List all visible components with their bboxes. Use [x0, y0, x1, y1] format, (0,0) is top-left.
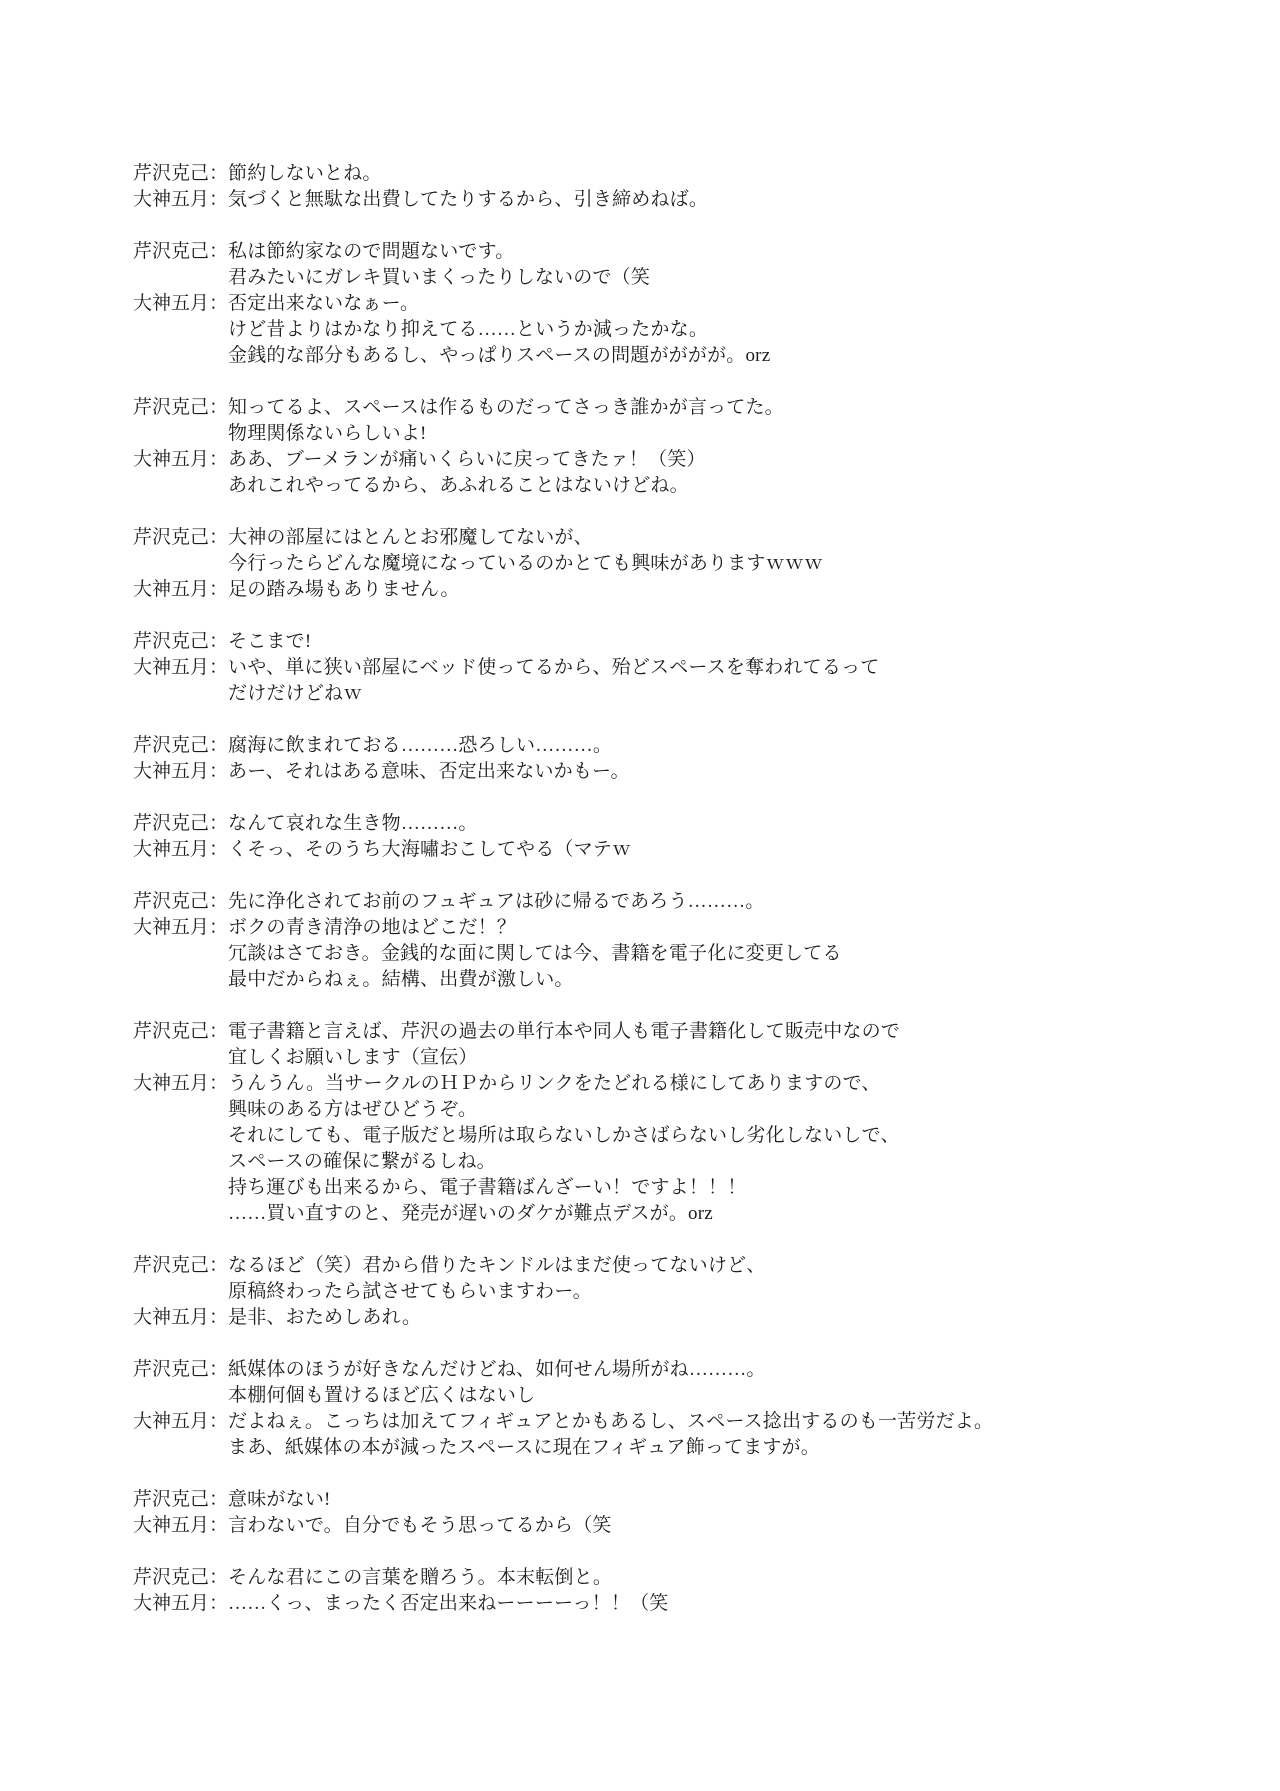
- dialogue-group: 芹沢克己：腐海に飲まれておる………恐ろしい………。大神五月：あー、それはある意味…: [133, 733, 1220, 785]
- dialogue-entry: 芹沢克己：なんて哀れな生き物………。: [133, 811, 1220, 837]
- dialogue-entry: 大神五月：ボクの青き清浄の地はどこだ！？ 冗談はさておき。金銭的な面に関しては今…: [133, 915, 1220, 993]
- speaker-name: 芹沢克己：: [133, 1253, 228, 1279]
- dialogue-text: 足の踏み場もありません。: [228, 577, 460, 603]
- speaker-name: 大神五月：: [133, 1071, 228, 1097]
- speaker-name: 芹沢克己：: [133, 525, 228, 551]
- dialogue-entry: 大神五月：……くっ、まったく否定出来ねーーーーっ！！（笑: [133, 1591, 1220, 1617]
- dialogue-text: なんて哀れな生き物………。: [228, 811, 478, 837]
- dialogue-entry: 大神五月：うんうん。当サークルのＨＰからリンクをたどれる様にしてありますので、 …: [133, 1071, 1220, 1227]
- dialogue-text: 言わないで。自分でもそう思ってるから（笑: [228, 1513, 612, 1539]
- dialogue-entry: 大神五月：言わないで。自分でもそう思ってるから（笑: [133, 1513, 1220, 1539]
- dialogue-text: いや、単に狭い部屋にベッド使ってるから、殆どスペースを奪われてるって だけだけど…: [228, 655, 879, 707]
- dialogue-entry: 芹沢克己：そこまで!: [133, 629, 1220, 655]
- dialogue-group: 芹沢克己：先に浄化されてお前のフュギュアは砂に帰るであろう………。大神五月：ボク…: [133, 889, 1220, 993]
- dialogue-entry: 大神五月：いや、単に狭い部屋にベッド使ってるから、殆どスペースを奪われてるって …: [133, 655, 1220, 707]
- speaker-name: 芹沢克己：: [133, 733, 228, 759]
- dialogue-group: 芹沢克己：知ってるよ、スペースは作るものだってさっき誰かが言ってた。 物理関係な…: [133, 395, 1220, 499]
- dialogue-text: だよねぇ。こっちは加えてフィギュアとかもあるし、スペース捻出するのも一苦労だよ。…: [228, 1409, 993, 1461]
- dialogue-text: ボクの青き清浄の地はどこだ！？ 冗談はさておき。金銭的な面に関しては今、書籍を電…: [228, 915, 842, 993]
- dialogue-entry: 芹沢克己：大神の部屋にはとんとお邪魔してないが、 今行ったらどんな魔境になってい…: [133, 525, 1220, 577]
- speaker-name: 芹沢克己：: [133, 161, 228, 187]
- speaker-name: 大神五月：: [133, 915, 228, 941]
- dialogue-text: ……くっ、まったく否定出来ねーーーーっ！！（笑: [228, 1591, 668, 1617]
- dialogue-group: 芹沢克己：紙媒体のほうが好きなんだけどね、如何せん場所がね………。 本棚何個も置…: [133, 1357, 1220, 1461]
- dialogue-text: そんな君にこの言葉を贈ろう。本末転倒と。: [228, 1565, 612, 1591]
- speaker-name: 芹沢克己：: [133, 395, 228, 421]
- dialogue-entry: 大神五月：足の踏み場もありません。: [133, 577, 1220, 603]
- dialogue-entry: 大神五月：あー、それはある意味、否定出来ないかもー。: [133, 759, 1220, 785]
- dialogue-text: くそっ、そのうち大海嘯おこしてやる（マテｗ: [228, 837, 631, 863]
- dialogue-group: 芹沢克己：なんて哀れな生き物………。大神五月：くそっ、そのうち大海嘯おこしてやる…: [133, 811, 1220, 863]
- dialogue-group: 芹沢克己：節約しないとね。大神五月：気づくと無駄な出費してたりするから、引き締め…: [133, 161, 1220, 213]
- dialogue-text: 腐海に飲まれておる………恐ろしい………。: [228, 733, 612, 759]
- dialogue-text: 気づくと無駄な出費してたりするから、引き締めねば。: [228, 187, 708, 213]
- dialogue-entry: 大神五月：ああ、ブーメランが痛いくらいに戻ってきたァ！（笑） あれこれやってるか…: [133, 447, 1220, 499]
- speaker-name: 大神五月：: [133, 837, 228, 863]
- dialogue-group: 芹沢克己：大神の部屋にはとんとお邪魔してないが、 今行ったらどんな魔境になってい…: [133, 525, 1220, 603]
- dialogue-entry: 大神五月：だよねぇ。こっちは加えてフィギュアとかもあるし、スペース捻出するのも一…: [133, 1409, 1220, 1461]
- dialogue: 芹沢克己：節約しないとね。大神五月：気づくと無駄な出費してたりするから、引き締め…: [133, 161, 1220, 1617]
- dialogue-text: 電子書籍と言えば、芹沢の過去の単行本や同人も電子書籍化して販売中なので 宜しくお…: [228, 1019, 900, 1071]
- dialogue-text: 知ってるよ、スペースは作るものだってさっき誰かが言ってた。 物理関係ないらしいよ…: [228, 395, 784, 447]
- speaker-name: 大神五月：: [133, 187, 228, 213]
- speaker-name: 芹沢克己：: [133, 1357, 228, 1383]
- dialogue-page: 芹沢克己：節約しないとね。大神五月：気づくと無駄な出費してたりするから、引き締め…: [0, 0, 1280, 1617]
- speaker-name: 大神五月：: [133, 1513, 228, 1539]
- dialogue-group: 芹沢克己：なるほど（笑）君から借りたキンドルはまだ使ってないけど、 原稿終わった…: [133, 1253, 1220, 1331]
- dialogue-text: 否定出来ないなぁー。 けど昔よりはかなり抑えてる……というか減ったかな。 金銭的…: [228, 291, 770, 369]
- dialogue-text: 節約しないとね。: [228, 161, 382, 187]
- dialogue-entry: 芹沢克己：紙媒体のほうが好きなんだけどね、如何せん場所がね………。 本棚何個も置…: [133, 1357, 1220, 1409]
- dialogue-entry: 芹沢克己：電子書籍と言えば、芹沢の過去の単行本や同人も電子書籍化して販売中なので…: [133, 1019, 1220, 1071]
- dialogue-entry: 芹沢克己：先に浄化されてお前のフュギュアは砂に帰るであろう………。: [133, 889, 1220, 915]
- dialogue-group: 芹沢克己：そこまで!大神五月：いや、単に狭い部屋にベッド使ってるから、殆どスペー…: [133, 629, 1220, 707]
- dialogue-group: 芹沢克己：そんな君にこの言葉を贈ろう。本末転倒と。大神五月：……くっ、まったく否…: [133, 1565, 1220, 1617]
- dialogue-text: ああ、ブーメランが痛いくらいに戻ってきたァ！（笑） あれこれやってるから、あふれ…: [228, 447, 706, 499]
- dialogue-entry: 芹沢克己：なるほど（笑）君から借りたキンドルはまだ使ってないけど、 原稿終わった…: [133, 1253, 1220, 1305]
- dialogue-group: 芹沢克己：私は節約家なので問題ないです。 君みたいにガレキ買いまくったりしないの…: [133, 239, 1220, 369]
- dialogue-entry: 芹沢克己：知ってるよ、スペースは作るものだってさっき誰かが言ってた。 物理関係な…: [133, 395, 1220, 447]
- dialogue-group: 芹沢克己：意味がない!大神五月：言わないで。自分でもそう思ってるから（笑: [133, 1487, 1220, 1539]
- dialogue-group: 芹沢克己：電子書籍と言えば、芹沢の過去の単行本や同人も電子書籍化して販売中なので…: [133, 1019, 1220, 1227]
- dialogue-text: 是非、おためしあれ。: [228, 1305, 421, 1331]
- dialogue-entry: 芹沢克己：私は節約家なので問題ないです。 君みたいにガレキ買いまくったりしないの…: [133, 239, 1220, 291]
- speaker-name: 芹沢克己：: [133, 1487, 228, 1513]
- speaker-name: 芹沢克己：: [133, 889, 228, 915]
- speaker-name: 大神五月：: [133, 291, 228, 317]
- dialogue-entry: 芹沢克己：腐海に飲まれておる………恐ろしい………。: [133, 733, 1220, 759]
- dialogue-text: 紙媒体のほうが好きなんだけどね、如何せん場所がね………。 本棚何個も置けるほど広…: [228, 1357, 766, 1409]
- dialogue-entry: 大神五月：くそっ、そのうち大海嘯おこしてやる（マテｗ: [133, 837, 1220, 863]
- speaker-name: 芹沢克己：: [133, 1565, 228, 1591]
- speaker-name: 大神五月：: [133, 759, 228, 785]
- speaker-name: 大神五月：: [133, 1409, 228, 1435]
- dialogue-text: 意味がない!: [228, 1487, 331, 1513]
- speaker-name: 大神五月：: [133, 577, 228, 603]
- dialogue-entry: 大神五月：気づくと無駄な出費してたりするから、引き締めねば。: [133, 187, 1220, 213]
- dialogue-entry: 芹沢克己：意味がない!: [133, 1487, 1220, 1513]
- dialogue-text: 私は節約家なので問題ないです。 君みたいにガレキ買いまくったりしないので（笑: [228, 239, 650, 291]
- speaker-name: 芹沢克己：: [133, 629, 228, 655]
- speaker-name: 大神五月：: [133, 1591, 228, 1617]
- dialogue-entry: 大神五月：是非、おためしあれ。: [133, 1305, 1220, 1331]
- dialogue-text: 先に浄化されてお前のフュギュアは砂に帰るであろう………。: [228, 889, 764, 915]
- speaker-name: 大神五月：: [133, 655, 228, 681]
- dialogue-entry: 芹沢克己：節約しないとね。: [133, 161, 1220, 187]
- dialogue-entry: 芹沢克己：そんな君にこの言葉を贈ろう。本末転倒と。: [133, 1565, 1220, 1591]
- dialogue-entry: 大神五月：否定出来ないなぁー。 けど昔よりはかなり抑えてる……というか減ったかな…: [133, 291, 1220, 369]
- speaker-name: 芹沢克己：: [133, 1019, 228, 1045]
- dialogue-text: 大神の部屋にはとんとお邪魔してないが、 今行ったらどんな魔境になっているのかとて…: [228, 525, 823, 577]
- dialogue-text: あー、それはある意味、否定出来ないかもー。: [228, 759, 630, 785]
- dialogue-text: なるほど（笑）君から借りたキンドルはまだ使ってないけど、 原稿終わったら試させて…: [228, 1253, 765, 1305]
- speaker-name: 芹沢克己：: [133, 811, 228, 837]
- dialogue-text: うんうん。当サークルのＨＰからリンクをたどれる様にしてありますので、 興味のある…: [228, 1071, 900, 1227]
- speaker-name: 大神五月：: [133, 447, 228, 473]
- speaker-name: 芹沢克己：: [133, 239, 228, 265]
- dialogue-text: そこまで!: [228, 629, 311, 655]
- speaker-name: 大神五月：: [133, 1305, 228, 1331]
